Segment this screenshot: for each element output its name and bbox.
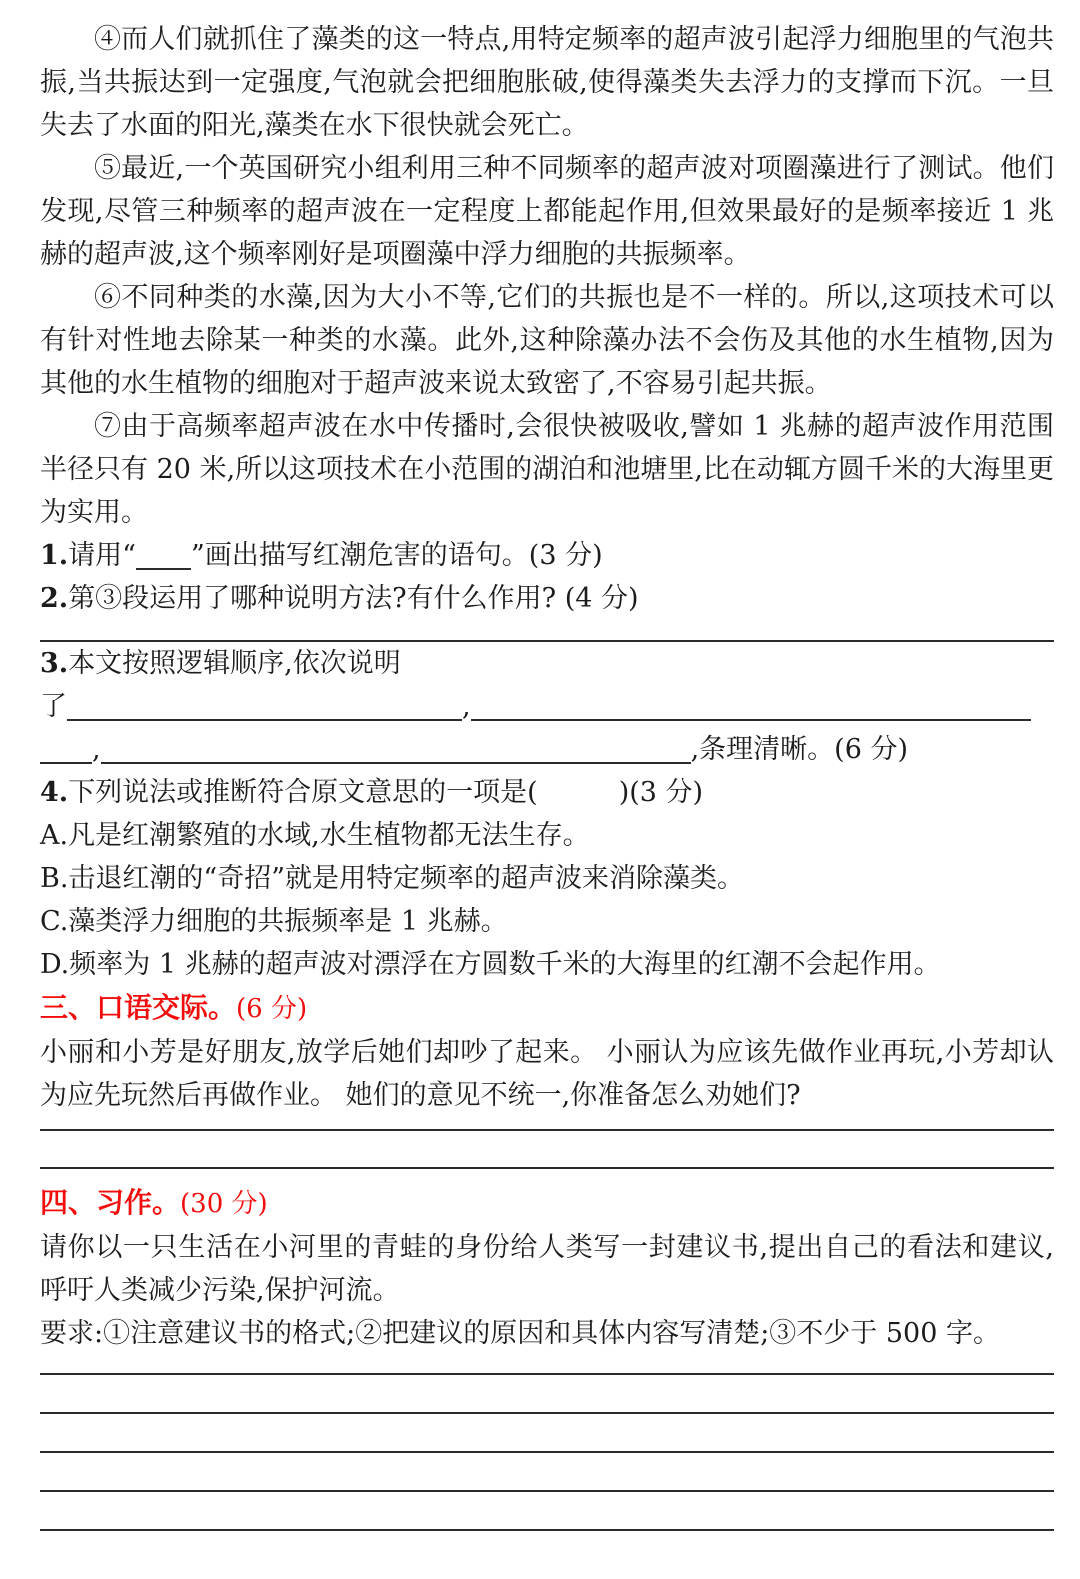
answer-line	[40, 1355, 1054, 1375]
answer-line	[40, 620, 1054, 642]
section-writing-score: (30 分)	[180, 1189, 268, 1219]
answer-line	[40, 1414, 1054, 1453]
answer-line	[40, 1117, 1054, 1131]
reading-passage: ④而人们就抓住了藻类的这一特点,用特定频率的超声波引起浮力细胞里的气泡共振,当共…	[40, 18, 1054, 534]
question-3-cont-prefix: 了	[40, 691, 67, 722]
answer-line	[40, 1375, 1054, 1414]
oral-prompt: 小丽和小芳是好朋友,放学后她们却吵了起来。 小丽认为应该先做作业再玩,小芳却认为…	[40, 1031, 1054, 1117]
fill-in-blank	[40, 762, 92, 764]
question-3-number: 3.	[40, 648, 68, 679]
section-writing-title: 四、习作。	[40, 1186, 180, 1219]
exam-page: ④而人们就抓住了藻类的这一特点,用特定频率的超声波引起浮力细胞里的气泡共振,当共…	[0, 0, 1080, 1531]
question-4: 4.下列说法或推断符合原文意思的一项是( )(3 分)	[40, 771, 1054, 814]
fill-in-blank	[67, 719, 462, 721]
writing-prompt: 请你以一只生活在小河里的青蛙的身份给人类写一封建议书,提出自己的看法和建议,呼吁…	[40, 1226, 1054, 1312]
option-b: B.击退红潮的“奇招”就是用特定频率的超声波来消除藻类。	[40, 857, 1054, 900]
passage-paragraph-6: ⑥不同种类的水藻,因为大小不等,它们的共振也是不一样的。所以,这项技术可以有针对…	[40, 276, 1054, 405]
option-c: C.藻类浮力细胞的共振频率是 1 兆赫。	[40, 900, 1054, 943]
question-1-number: 1.	[40, 540, 68, 571]
comma-separator: ,	[92, 734, 101, 765]
passage-paragraph-7: ⑦由于高频率超声波在水中传播时,会很快被吸收,譬如 1 兆赫的超声波作用范围半径…	[40, 405, 1054, 534]
fill-in-blank	[136, 568, 191, 570]
option-a: A.凡是红潮繁殖的水域,水生植物都无法生存。	[40, 814, 1054, 857]
question-3-line1: 3.本文按照逻辑顺序,依次说明	[40, 642, 1054, 685]
comma-separator: ,	[462, 691, 471, 722]
passage-paragraph-4: ④而人们就抓住了藻类的这一特点,用特定频率的超声波引起浮力细胞里的气泡共振,当共…	[40, 18, 1054, 147]
answer-line	[40, 1492, 1054, 1531]
question-2-text: 第③段运用了哪种说明方法?有什么作用? (4 分)	[68, 583, 638, 614]
section-oral-header: 三、口语交际。(6 分)	[40, 986, 1054, 1031]
passage-paragraph-5: ⑤最近,一个英国研究小组利用三种不同频率的超声波对项圈藻进行了测试。他们发现,尽…	[40, 147, 1054, 276]
question-4-text: 下列说法或推断符合原文意思的一项是( )(3 分)	[68, 777, 703, 808]
question-3-line2: 了,	[40, 685, 1054, 728]
question-1-text-pre: 请用“	[68, 540, 136, 571]
question-4-number: 4.	[40, 777, 68, 808]
answer-line	[40, 1131, 1054, 1169]
question-3-intro: 本文按照逻辑顺序,依次说明	[68, 648, 401, 679]
section-writing-header: 四、习作。(30 分)	[40, 1181, 1054, 1226]
question-2: 2.第③段运用了哪种说明方法?有什么作用? (4 分)	[40, 577, 1054, 620]
question-2-number: 2.	[40, 583, 68, 614]
question-1-text-post: ”画出描写红潮危害的语句。(3 分)	[191, 540, 603, 571]
question-3-line3: ,,条理清晰。(6 分)	[40, 728, 1054, 771]
option-d: D.频率为 1 兆赫的超声波对漂浮在方圆数千米的大海里的红潮不会起作用。	[40, 943, 1054, 986]
fill-in-blank	[101, 762, 691, 764]
writing-requirements: 要求:①注意建议书的格式;②把建议的原因和具体内容写清楚;③不少于 500 字。	[40, 1312, 1054, 1355]
section-oral-score: (6 分)	[236, 994, 307, 1024]
question-3-tail: ,条理清晰。(6 分)	[691, 734, 908, 765]
fill-in-blank	[471, 719, 1031, 721]
question-1: 1.请用“”画出描写红潮危害的语句。(3 分)	[40, 534, 1054, 577]
answer-line	[40, 1453, 1054, 1492]
section-oral-title: 三、口语交际。	[40, 991, 236, 1024]
